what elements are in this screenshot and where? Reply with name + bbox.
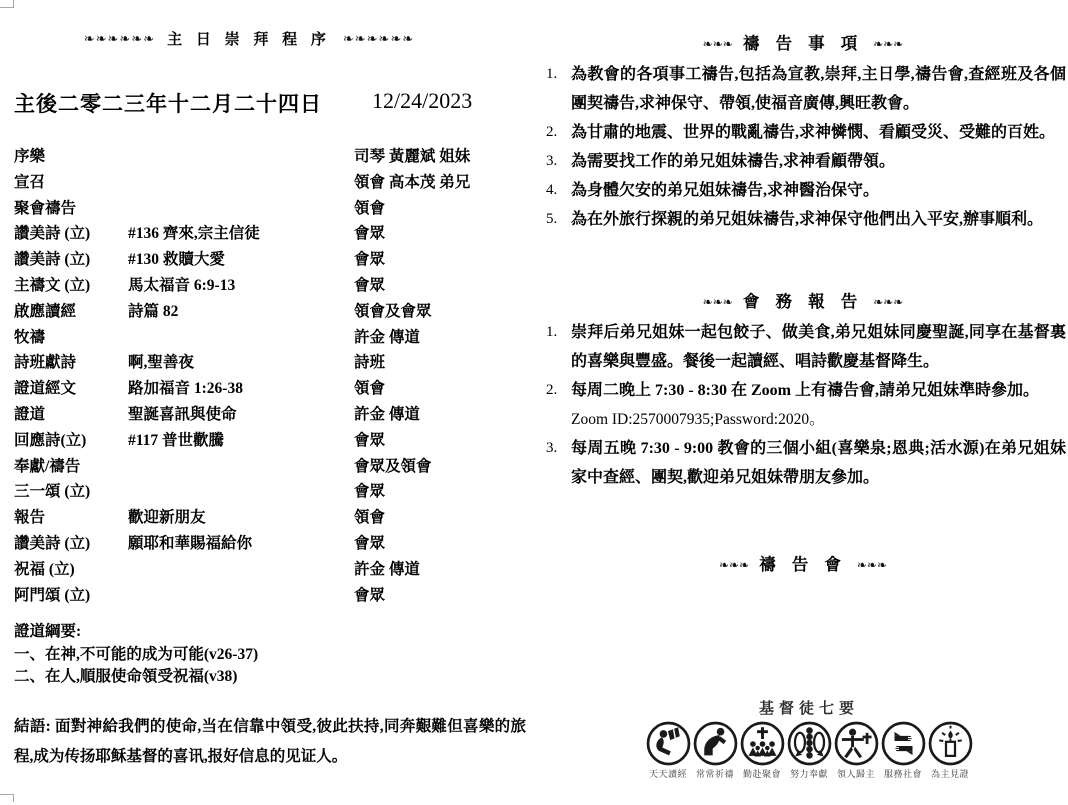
program-item: 報告: [14, 505, 128, 531]
program-person: 會眾: [354, 221, 520, 247]
list-item-main-text: 每周五晚 7:30 - 9:00 教會的三個小組(喜樂泉;恩典;活水源)在弟兄姐…: [571, 434, 1066, 492]
section-title-text: 會 務 報 告: [743, 292, 863, 311]
program-person: 領會 高本茂 弟兄: [354, 170, 520, 196]
scroll-ornament-right: ❧❧❧: [873, 37, 903, 51]
essential-item: 天天讀經: [645, 721, 692, 780]
program-item: 詩班獻詩: [14, 350, 128, 376]
program-item: 讚美詩 (立): [14, 247, 128, 273]
program-row: 阿門頌 (立) 會眾: [14, 583, 520, 609]
program-row: 證道 聖誕喜訊與使命 許金 傳道: [14, 402, 520, 428]
program-detail: 願耶和華賜福給你: [128, 531, 354, 557]
scroll-ornament-right: ❧❧❧: [857, 558, 887, 572]
scroll-ornament-right: ❧❧❧❧❧❧: [343, 31, 414, 46]
program-item: 主禱文 (立): [14, 273, 128, 299]
essential-label: 領人歸主: [833, 767, 880, 780]
program-person: 許金 傳道: [354, 557, 520, 583]
list-item-number: 5.: [540, 205, 571, 234]
program-item: 回應詩(立): [14, 428, 128, 454]
program-row: 報告 歡迎新朋友 領會: [14, 505, 520, 531]
table-corner-mark-top: [0, 0, 14, 8]
scroll-ornament-left: ❧❧❧: [719, 558, 749, 572]
seven-essentials-title: 基督徒七要: [636, 697, 982, 718]
list-item-main-text: 崇拜后弟兄姐妹一起包餃子、做美食,弟兄姐妹同慶聖誕,同享在基督裏的喜樂與豐盛。餐…: [571, 318, 1066, 376]
program-person: 司琴 黃麗斌 姐妹: [354, 144, 520, 170]
program-item: 讚美詩 (立): [14, 531, 128, 557]
list-item: 2. 每周二晚上 7:30 - 8:30 在 Zoom 上有禱告會,請弟兄姐妹準…: [540, 376, 1066, 434]
program-person: 許金 傳道: [354, 402, 520, 428]
program-row: 證道經文 路加福音 1:26-38 領會: [14, 376, 520, 402]
program-person: 會眾: [354, 531, 520, 557]
program-item: 證道經文: [14, 376, 128, 402]
program-row: 序樂 司琴 黃麗斌 姐妹: [14, 144, 520, 170]
prayer-meeting-title: ❧❧❧禱 告 會❧❧❧: [540, 551, 1066, 575]
program-row: 主禱文 (立) 馬太福音 6:9-13 會眾: [14, 273, 520, 299]
program-detail: 路加福音 1:26-38: [128, 376, 354, 402]
essential-label: 勤赴聚會: [739, 767, 786, 780]
program-row: 啟應讀經 詩篇 82 領會及會眾: [14, 299, 520, 325]
list-item-text: 每周二晚上 7:30 - 8:30 在 Zoom 上有禱告會,請弟兄姐妹準時參加…: [571, 376, 1066, 434]
scroll-ornament-left: ❧❧❧: [703, 295, 733, 309]
date-chinese: 主後二零二三年十二月二十四日: [14, 92, 322, 116]
seven-essentials-graphic: 基督徒七要 天天讀經 常常祈禱 勤赴聚會: [636, 697, 982, 780]
prayer-icon: [692, 721, 739, 766]
essential-label: 努力奉獻: [786, 767, 833, 780]
program-row: 讚美詩 (立) 願耶和華賜福給你 會眾: [14, 531, 520, 557]
list-item: 1. 崇拜后弟兄姐妹一起包餃子、做美食,弟兄姐妹同慶聖誕,同享在基督裏的喜樂與豐…: [540, 318, 1066, 376]
program-detail: #130 救贖大愛: [128, 247, 354, 273]
program-detail: [128, 583, 354, 609]
zoom-credentials: Zoom ID:2570007935;Password:2020。: [571, 405, 1066, 434]
list-item: 5. 為在外旅行探親的弟兄姐妹禱告,求神保守他們出入平安,辦事順利。: [540, 205, 1066, 234]
program-detail: [128, 557, 354, 583]
program-person: 領會: [354, 505, 520, 531]
program-item: 奉獻/禱告: [14, 454, 128, 480]
program-detail: [128, 325, 354, 351]
bulletin-page: ❧❧❧❧❧❧主 日 崇 拜 程 序❧❧❧❧❧❧ 主後二零二三年十二月二十四日 1…: [0, 0, 1068, 805]
essential-item: 勤赴聚會: [739, 721, 786, 780]
essential-item: 服務社會: [880, 721, 927, 780]
program-row: 詩班獻詩 啊,聖善夜 詩班: [14, 350, 520, 376]
worship-order-column: ❧❧❧❧❧❧主 日 崇 拜 程 序❧❧❧❧❧❧ 主後二零二三年十二月二十四日 1…: [14, 0, 520, 805]
program-person: 領會: [354, 376, 520, 402]
list-item-number: 2.: [540, 118, 571, 147]
sermon-outline: 證道綱要: 一、在神,不可能的成为可能(v26-37)二、在人,順服使命領受祝福…: [14, 621, 520, 689]
program-person: 領會及會眾: [354, 299, 520, 325]
list-item-text: 為教會的各項事工禱告,包括為宣教,崇拜,主日學,禱告會,查經班及各個團契禱告,求…: [571, 60, 1066, 118]
program-row: 牧禱 許金 傳道: [14, 325, 520, 351]
affairs-report-list: 1. 崇拜后弟兄姐妹一起包餃子、做美食,弟兄姐妹同慶聖誕,同享在基督裏的喜樂與豐…: [540, 318, 1066, 492]
program-detail: [128, 479, 354, 505]
program-row: 祝福 (立) 許金 傳道: [14, 557, 520, 583]
program-detail: 歡迎新朋友: [128, 505, 354, 531]
program-detail: 馬太福音 6:9-13: [128, 273, 354, 299]
sermon-outline-heading: 證道綱要:: [14, 621, 520, 644]
list-item-number: 1.: [540, 60, 571, 118]
list-item-number: 2.: [540, 376, 571, 434]
list-item-text: 為需要找工作的弟兄姐妹禱告,求神看顧帶領。: [571, 147, 1066, 176]
page-title: 主 日 崇 拜 程 序: [167, 32, 331, 48]
program-detail: #136 齊來,宗主信徒: [128, 221, 354, 247]
list-item: 2. 為甘肅的地震、世界的戰亂禱告,求神憐憫、看顧受災、受難的百姓。: [540, 118, 1066, 147]
prayer-items-list: 1. 為教會的各項事工禱告,包括為宣教,崇拜,主日學,禱告會,查經班及各個團契禱…: [540, 60, 1066, 234]
program-item: 牧禱: [14, 325, 128, 351]
program-detail: [128, 144, 354, 170]
program-detail: [128, 454, 354, 480]
program-person: 領會: [354, 196, 520, 222]
list-item: 4. 為身體欠安的弟兄姐妹禱告,求神醫治保守。: [540, 176, 1066, 205]
program-person: 會眾: [354, 428, 520, 454]
gathering-icon: [739, 721, 786, 766]
essential-item: 努力奉獻: [786, 721, 833, 780]
program-item: 阿門頌 (立): [14, 583, 128, 609]
program-item: 讚美詩 (立): [14, 221, 128, 247]
program-detail: #117 普世歡騰: [128, 428, 354, 454]
date-row: 主後二零二三年十二月二十四日 12/24/2023: [14, 88, 520, 118]
sermon-conclusion: 結語: 面對神給我們的使命,当在信靠中領受,彼此扶持,同奔艱難但喜樂的旅程,成为…: [14, 712, 526, 772]
program-item: 宣召: [14, 170, 128, 196]
program-row: 讚美詩 (立) #136 齊來,宗主信徒 會眾: [14, 221, 520, 247]
announcements-column: ❧❧❧禱 告 事 項❧❧❧ 1. 為教會的各項事工禱告,包括為宣教,崇拜,主日學…: [540, 0, 1066, 805]
program-person: 會眾: [354, 479, 520, 505]
program-row: 聚會禱告 領會: [14, 196, 520, 222]
program-item: 證道: [14, 402, 128, 428]
program-detail: 詩篇 82: [128, 299, 354, 325]
date-western: 12/24/2023: [372, 88, 472, 114]
essential-label: 常常祈禱: [692, 767, 739, 780]
program-person: 會眾: [354, 273, 520, 299]
witness-icon: [927, 721, 974, 766]
section-title-text: 禱 告 事 項: [743, 34, 863, 53]
program-person: 會眾: [354, 583, 520, 609]
program-row: 三一頌 (立) 會眾: [14, 479, 520, 505]
list-item-main-text: 每周二晚上 7:30 - 8:30 在 Zoom 上有禱告會,請弟兄姐妹準時參加…: [571, 376, 1066, 405]
list-item-text: 每周五晚 7:30 - 9:00 教會的三個小組(喜樂泉;恩典;活水源)在弟兄姐…: [571, 434, 1066, 492]
section-title-text: 禱 告 會: [759, 555, 847, 574]
list-item-number: 1.: [540, 318, 571, 376]
affairs-report-title: ❧❧❧會 務 報 告❧❧❧: [540, 288, 1066, 312]
sermon-outline-point: 二、在人,順服使命領受祝福(v38): [14, 666, 520, 689]
list-item-text: 為甘肅的地震、世界的戰亂禱告,求神憐憫、看顧受災、受難的百姓。: [571, 118, 1066, 147]
program-detail: [128, 196, 354, 222]
scroll-ornament-left: ❧❧❧: [703, 37, 733, 51]
scroll-ornament-left: ❧❧❧❧❧❧: [84, 31, 155, 46]
program-table: 序樂 司琴 黃麗斌 姐妹 宣召 領會 高本茂 弟兄 聚會禱告 領會: [14, 144, 520, 608]
program-row: 回應詩(立) #117 普世歡騰 會眾: [14, 428, 520, 454]
list-item-number: 4.: [540, 176, 571, 205]
program-row: 讚美詩 (立) #130 救贖大愛 會眾: [14, 247, 520, 273]
worship-order-title: ❧❧❧❧❧❧主 日 崇 拜 程 序❧❧❧❧❧❧: [14, 28, 484, 49]
essential-label: 天天讀經: [645, 767, 692, 780]
list-item-number: 3.: [540, 147, 571, 176]
program-detail: 聖誕喜訊與使命: [128, 402, 354, 428]
program-item: 祝福 (立): [14, 557, 128, 583]
program-detail: [128, 170, 354, 196]
program-row: 奉獻/禱告 會眾及領會: [14, 454, 520, 480]
program-person: 許金 傳道: [354, 325, 520, 351]
evangelism-icon: [833, 721, 880, 766]
list-item: 1. 為教會的各項事工禱告,包括為宣教,崇拜,主日學,禱告會,查經班及各個團契禱…: [540, 60, 1066, 118]
program-item: 序樂: [14, 144, 128, 170]
program-person: 會眾: [354, 247, 520, 273]
essential-item: 領人歸主: [833, 721, 880, 780]
scroll-ornament-right: ❧❧❧: [873, 295, 903, 309]
program-item: 聚會禱告: [14, 196, 128, 222]
offering-icon: [786, 721, 833, 766]
list-item-text: 為在外旅行探親的弟兄姐妹禱告,求神保守他們出入平安,辦事順利。: [571, 205, 1066, 234]
program-person: 詩班: [354, 350, 520, 376]
essential-item: 常常祈禱: [692, 721, 739, 780]
list-item-number: 3.: [540, 434, 571, 492]
essential-label: 為主見證: [927, 767, 974, 780]
list-item-text: 為身體欠安的弟兄姐妹禱告,求神醫治保守。: [571, 176, 1066, 205]
sermon-outline-point: 一、在神,不可能的成为可能(v26-37): [14, 644, 520, 667]
program-detail: 啊,聖善夜: [128, 350, 354, 376]
essential-label: 服務社會: [880, 767, 927, 780]
program-row: 宣召 領會 高本茂 弟兄: [14, 170, 520, 196]
prayer-items-title: ❧❧❧禱 告 事 項❧❧❧: [540, 30, 1066, 54]
program-person: 會眾及領會: [354, 454, 520, 480]
bible-reading-icon: [645, 721, 692, 766]
list-item: 3. 為需要找工作的弟兄姐妹禱告,求神看顧帶領。: [540, 147, 1066, 176]
seven-essentials-icons: 天天讀經 常常祈禱 勤赴聚會 努力奉獻: [636, 721, 982, 780]
sermon-outline-points: 一、在神,不可能的成为可能(v26-37)二、在人,順服使命領受祝福(v38): [14, 644, 520, 689]
list-item-text: 崇拜后弟兄姐妹一起包餃子、做美食,弟兄姐妹同慶聖誕,同享在基督裏的喜樂與豐盛。餐…: [571, 318, 1066, 376]
service-icon: [880, 721, 927, 766]
table-corner-mark-bottom: [0, 794, 14, 802]
program-item: 啟應讀經: [14, 299, 128, 325]
list-item: 3. 每周五晚 7:30 - 9:00 教會的三個小組(喜樂泉;恩典;活水源)在…: [540, 434, 1066, 492]
program-item: 三一頌 (立): [14, 479, 128, 505]
essential-item: 為主見證: [927, 721, 974, 780]
